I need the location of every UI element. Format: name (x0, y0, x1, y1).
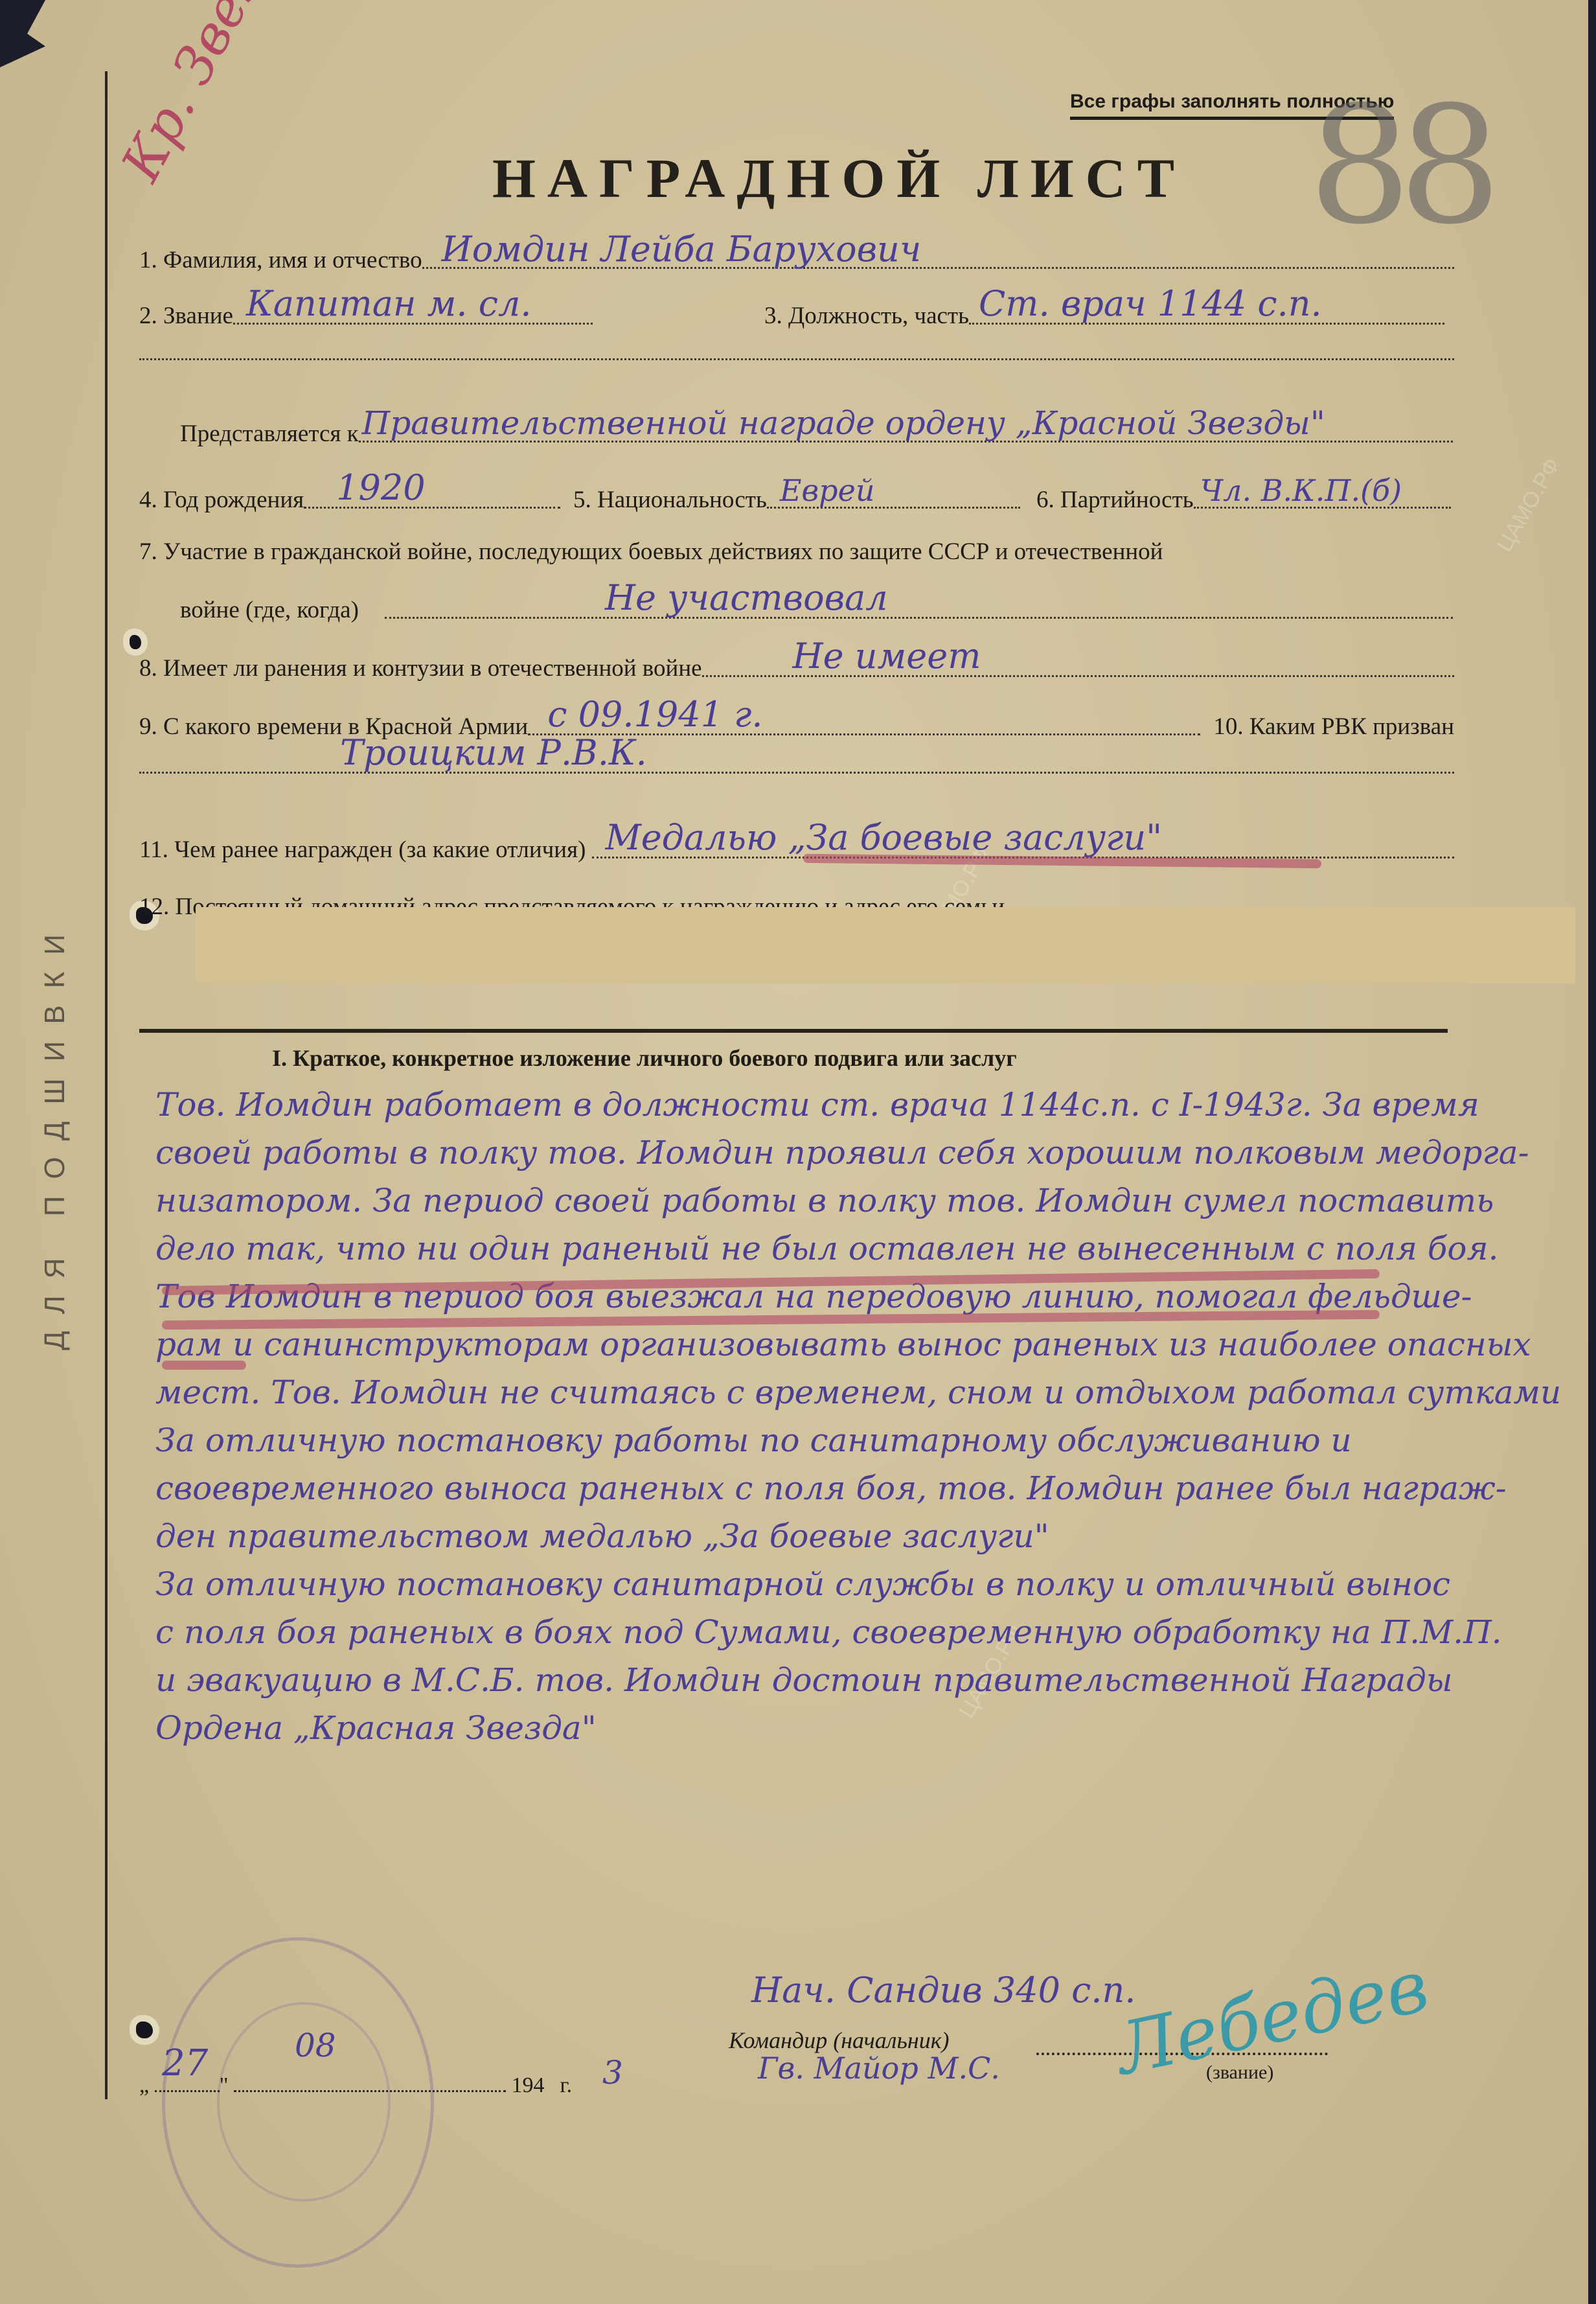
red-pencil-underline (162, 1361, 246, 1370)
narrative-line: своей работы в полку тов. Иомдин проявил… (155, 1129, 1561, 1177)
commander-rank: Гв. Майор М.С. (758, 2051, 1000, 2086)
narrative-line: и эвакуацию в М.С.Б. тов. Иомдин достоин… (155, 1656, 1561, 1704)
field-position-unit: 3. Должность, часть Ст. врач 1144 с.п. (764, 302, 1444, 330)
field-nationality: 5. Национальность Еврей (573, 486, 1020, 514)
field-war-participation: войне (где, когда) Не участвовал (180, 596, 1453, 624)
field-value: Правительственной награде ордену „Красно… (362, 404, 1325, 442)
field-label: 11. Чем ранее награжден (за какие отличи… (139, 836, 586, 864)
field-rvk: Троицким Р.В.К. (139, 776, 1454, 779)
field-label: Представляется к (180, 420, 359, 448)
date-year-prefix: 194 (511, 2073, 544, 2097)
award-sheet-page: ДЛЯ ПОДШИВКИ ЦАМО.РФ ЦАМО.РФ ЦАМО.РФ Кр.… (0, 0, 1588, 2304)
binding-label: ДЛЯ ПОДШИВКИ (39, 842, 104, 1425)
narrative-line: За отличную постановку работы по санитар… (155, 1416, 1561, 1464)
field-value: Не участвовал (605, 577, 888, 618)
field-value: с 09.1941 г. (547, 694, 762, 735)
field-value: Еврей (780, 473, 875, 508)
field-label: 7. Участие в гражданской войне, последую… (139, 538, 1163, 566)
field-label: 2. Звание (139, 302, 233, 330)
date-line: „27 " 08 1943г. (139, 2073, 572, 2098)
field-party: 6. Партийность Чл. В.К.П.(б) (1036, 486, 1451, 514)
commander-label: Командир (начальник) (729, 2027, 950, 2054)
field-nominated-for: Представляется к Правительственной награ… (180, 420, 1453, 448)
field-value: Ст. врач 1144 с.п. (979, 283, 1322, 324)
narrative-line: дело так, что ни один раненый не был ост… (155, 1225, 1561, 1273)
section-title: I. Краткое, конкретное изложение личного… (272, 1044, 1017, 1072)
date-day: 27 (162, 2042, 208, 2084)
narrative-line: Тов. Иомдин работает в должности ст. вра… (155, 1081, 1561, 1129)
narrative-line: с поля боя раненых в боях под Сумами, св… (155, 1608, 1561, 1656)
narrative-line: низатором. За период своей работы в полк… (155, 1177, 1561, 1225)
field-label: войне (где, когда) (180, 596, 359, 624)
field-value: Не имеет (793, 636, 981, 676)
blank-line (139, 363, 1454, 365)
field-value: Капитан м. сл. (246, 283, 532, 324)
torn-corner (0, 0, 45, 84)
date-suffix: г. (560, 2073, 572, 2097)
narrative-line: своевременного выноса раненых с поля боя… (155, 1464, 1561, 1512)
binding-hole (130, 635, 141, 649)
field-rank: 2. Звание Капитан м. сл. (139, 302, 593, 330)
watermark: ЦАМО.РФ (1492, 454, 1566, 556)
field-value: Чл. В.К.П.(б) (1200, 473, 1402, 508)
narrative-line: Ордена „Красная Звезда" (155, 1704, 1561, 1752)
date-month: 08 (295, 2027, 336, 2064)
field-value: 1920 (336, 467, 425, 508)
field-red-army-since: 9. С какого времени в Красной Армии с 09… (139, 713, 1454, 741)
narrative-line: За отличную постановку санитарной службы… (155, 1560, 1561, 1608)
field-label: 10. Каким РВК призван (1213, 713, 1454, 741)
field-birth-year: 4. Год рождения 1920 (139, 486, 560, 514)
document-title: НАГРАДНОЙ ЛИСТ (492, 146, 1186, 211)
field-label: 6. Партийность (1036, 486, 1194, 514)
field-full-name: 1. Фамилия, имя и отчество Иомдин Лейба … (139, 246, 1454, 274)
field-label: 5. Национальность (573, 486, 767, 514)
section-divider (139, 1029, 1448, 1033)
date-year-suffix: 3 (602, 2054, 623, 2091)
red-pencil-margin-note: Кр. Звезда (110, 0, 304, 191)
narrative-line: мест. Тов. Иомдин не считаясь с временем… (155, 1368, 1561, 1416)
field-wounds: 8. Имеет ли ранения и контузии в отечест… (139, 654, 1454, 682)
redacted-address-block (196, 907, 1575, 984)
field-value: Иомдин Лейба Барухович (442, 229, 922, 270)
field-label: 3. Должность, часть (764, 302, 969, 330)
field-label: 8. Имеет ли ранения и контузии в отечест… (139, 654, 702, 682)
field-value: Троицким Р.В.К. (340, 732, 647, 773)
binding-hole (136, 2022, 153, 2038)
merits-narrative: Тов. Иомдин работает в должности ст. вра… (155, 1081, 1561, 1752)
field-value: Медалью „За боевые заслуги" (605, 817, 1162, 858)
archive-number: 88 (1308, 71, 1488, 260)
commander-position: Нач. Сандив 340 с.п. (751, 1970, 1135, 2010)
binding-margin-line (105, 71, 108, 2099)
field-label: 4. Год рождения (139, 486, 304, 514)
field-label: 1. Фамилия, имя и отчество (139, 246, 422, 274)
field-war-participation-label: 7. Участие в гражданской войне, последую… (139, 538, 1163, 566)
narrative-line: ден правительством медалью „За боевые за… (155, 1512, 1561, 1560)
